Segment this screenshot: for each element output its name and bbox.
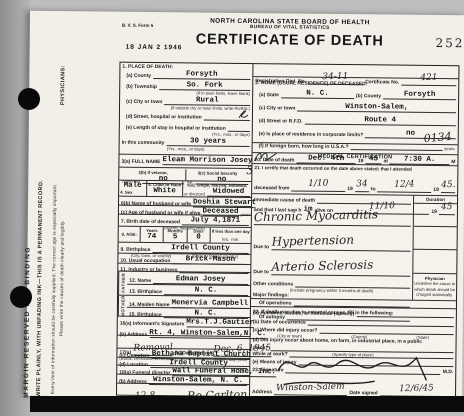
field-label: 20. Date of death	[254, 157, 294, 163]
duration-cell	[414, 227, 457, 251]
age-label-cell: 8. AGE:	[119, 227, 141, 242]
father-name-value: Edman Josey	[153, 275, 248, 285]
field-label: (e) Is place of residence in corporate l…	[255, 131, 364, 138]
field-label: If less than one day	[212, 229, 250, 234]
certificate-header: B. V. S. Form 5 NORTH CAROLINA STATE BOA…	[120, 17, 460, 51]
field-label: deceased from	[254, 185, 289, 191]
right-column: Registration Dist. No. 34-11 Certificate…	[250, 64, 458, 398]
death-date-value: Dec. 4th	[296, 155, 355, 165]
field-label: (b) County	[356, 93, 381, 99]
field-label: 2. HOME (USUAL RESIDENCE) OF DECEASED:	[255, 80, 456, 88]
field-label: 8. AGE:	[120, 232, 139, 237]
cause-line-blank	[317, 196, 411, 205]
veteran-cell: 3(b) If veteran, name warno	[121, 169, 186, 181]
certificate-serial-number: 25223	[435, 36, 464, 51]
attended-to-value: 12/4	[394, 180, 414, 189]
attended-to-year: 45.	[441, 181, 456, 190]
residence-city-value: Winston-Salem,	[297, 103, 456, 114]
field-label: (a) County	[122, 73, 151, 79]
punch-hole	[10, 286, 32, 308]
margin-permanent-record-text: WRITE PLAINLY, WITH UNFADING INK—THIS IS…	[36, 180, 44, 397]
field-label: Due to	[253, 269, 269, 275]
age-years-cell: Years74	[141, 227, 164, 242]
field-note: min.	[231, 237, 239, 242]
age-less-than-day-cell: If less than one day hrs. min.	[211, 228, 251, 243]
residence-state-value: N. C.	[281, 89, 354, 99]
field-label: (a) State	[255, 92, 279, 98]
field-label: at	[383, 158, 388, 164]
physician-instruction-box: Physician Underline the cause to which d…	[413, 273, 456, 300]
margin-physicians-label: PHYSICIANS:	[60, 65, 66, 105]
age-months-value: 5	[165, 233, 185, 241]
field-label: (c) City or town	[255, 105, 295, 111]
field-label: 19	[358, 158, 364, 164]
attended-from-value: 1/10	[308, 180, 328, 189]
section-sex-race-marital: Male 4. Sex 5. Color or Race White 6(a).…	[119, 181, 251, 198]
residence-county-value: Forsyth	[383, 90, 456, 100]
township-value: So. Fork	[159, 81, 250, 91]
field-label: or divorced	[184, 191, 205, 196]
age-days-cell: Days0	[187, 227, 210, 242]
field-label: 19	[433, 187, 439, 193]
section-certify-statement: 21. I certify that death occurred on the…	[252, 164, 457, 196]
full-name-value: Eleam Morrison Josey	[162, 156, 252, 166]
sex-value: Male	[120, 182, 145, 190]
field-label: (e) Length of stay in hospital or instit…	[122, 125, 226, 132]
field-label: 12. Name	[129, 278, 151, 284]
field-label: 19	[347, 186, 353, 192]
margin-instruction-text: Every item of information should be care…	[50, 184, 57, 394]
marital-status-value: Widowed	[207, 188, 250, 197]
section-father: FATHER 12. NameEdman Josey 13. Birthplac…	[118, 272, 250, 297]
field-label: (d) Street or R.F.D.	[255, 118, 303, 124]
duration-cell	[414, 204, 457, 228]
field-label: 23. Signature	[252, 367, 283, 373]
scan-bottom-bar	[30, 396, 464, 412]
field-label: Due to	[254, 244, 270, 250]
father-side-label: FATHER	[118, 272, 127, 295]
punch-hole	[18, 88, 40, 110]
attended-from-year: 34	[356, 180, 368, 189]
age-months-cell: Months5	[164, 227, 187, 242]
field-label: 3(a) FULL NAME	[121, 159, 160, 165]
margin-binding-text: MARGIN RESERVED FOR BINDING	[23, 246, 32, 398]
field-label: Immediate cause of death	[254, 197, 315, 204]
field-label: M	[451, 159, 455, 165]
mother-side-label: MOTHER	[118, 296, 127, 316]
ssn-cell: 3(c) Social Security No.no	[186, 169, 250, 181]
county-of-death-value: Forsyth	[153, 70, 250, 80]
handwritten-number: 0134	[423, 132, 452, 144]
field-label: 16(a) Informant's Signature	[120, 321, 185, 328]
section-causes: Immediate cause of death Chronic Myocard…	[251, 194, 457, 300]
certify-statement-line1: 21. I certify that death occurred on the…	[254, 165, 455, 172]
section-place-of-death: 1. PLACE OF DEATH: (a) CountyForsyth (b)…	[120, 63, 253, 156]
section-mother: MOTHER 14. Maiden NameMenervia Campbell …	[118, 296, 250, 318]
section-informant: 16(a) Informant's SignatureMrs.T.J.Gauti…	[118, 317, 250, 337]
death-time-value: 7:30 A.	[390, 156, 449, 166]
injury-place-blank	[319, 326, 453, 335]
father-birthplace-value: N. C.	[164, 286, 248, 296]
field-label: 4. Sex	[120, 190, 145, 195]
field-label: (b) Township	[122, 84, 157, 90]
physician-signature-line	[286, 365, 441, 375]
field-note: (Yrs., mos., or days)	[212, 132, 250, 137]
field-label: (c) City or town	[122, 99, 162, 105]
certificate-form: 1. PLACE OF DEATH: (a) CountyForsyth (b)…	[116, 62, 459, 400]
section-physician-address: Address Winston-Salem Date signed 12/6/4…	[250, 375, 455, 389]
field-label: Other conditions	[253, 281, 293, 287]
date-signed-value: 12/6/45	[399, 384, 434, 394]
duration-physician-sidebar: Duration Physician Underline the cause t…	[412, 196, 457, 300]
sex-cell: Male 4. Sex	[119, 181, 147, 196]
due-to-1-value: Hypertension	[271, 236, 354, 247]
death-year-value: 45	[365, 155, 381, 164]
section-age: 8. AGE: Years74 Months5 Days0 If less th…	[119, 227, 251, 244]
due-to-2-value: Arterio Sclerosis	[271, 261, 373, 272]
field-note: (If in town limits, leave blank)	[196, 90, 250, 96]
duration-cell	[413, 250, 456, 274]
margin-causes-text: Please write the causes of death clearly…	[59, 220, 65, 336]
form-number: B. V. S. Form 5	[122, 23, 153, 28]
informant-signature-value: Mrs.T.J.Gautier	[186, 318, 254, 328]
street-hospital-blank	[204, 113, 250, 121]
age-years-value: 74	[142, 233, 162, 241]
received-date-stamp: 18 JAN 2 1946	[126, 44, 183, 52]
left-column: 1. PLACE OF DEATH: (a) CountyForsyth (b)…	[117, 63, 253, 396]
age-days-value: 0	[188, 233, 208, 241]
field-label: Address	[252, 389, 272, 395]
field-note: (Yrs., mos., or days)	[167, 146, 205, 151]
field-label: (d) Street, hospital or institution	[122, 114, 202, 121]
race-cell: 5. Color or Race White	[147, 181, 183, 196]
length-of-stay-blank	[228, 124, 250, 132]
marital-cell: 6(a). Single, married, widowed, or divor…	[183, 181, 251, 197]
immediate-cause-value: Chronic Myocarditis	[254, 210, 378, 222]
field-label: In this community	[122, 140, 165, 146]
field-note: hrs.	[222, 237, 229, 242]
certificate-paper: MARGIN RESERVED FOR BINDING WRITE PLAINL…	[26, 11, 464, 401]
field-note: (If outside city or town limits, write R…	[171, 105, 250, 111]
race-value: White	[148, 187, 181, 195]
field-label: 13. Birthplace	[129, 289, 162, 295]
physician-note: Underline the cause to which death shoul…	[414, 281, 455, 298]
residence-street-value: Route 4	[304, 116, 455, 127]
field-note: (Include pregnancy within 3 months of de…	[290, 287, 374, 293]
physician-address-value: Winston-Salem	[276, 383, 345, 394]
field-label: to	[371, 186, 376, 192]
field-label: M.D.	[443, 369, 454, 375]
